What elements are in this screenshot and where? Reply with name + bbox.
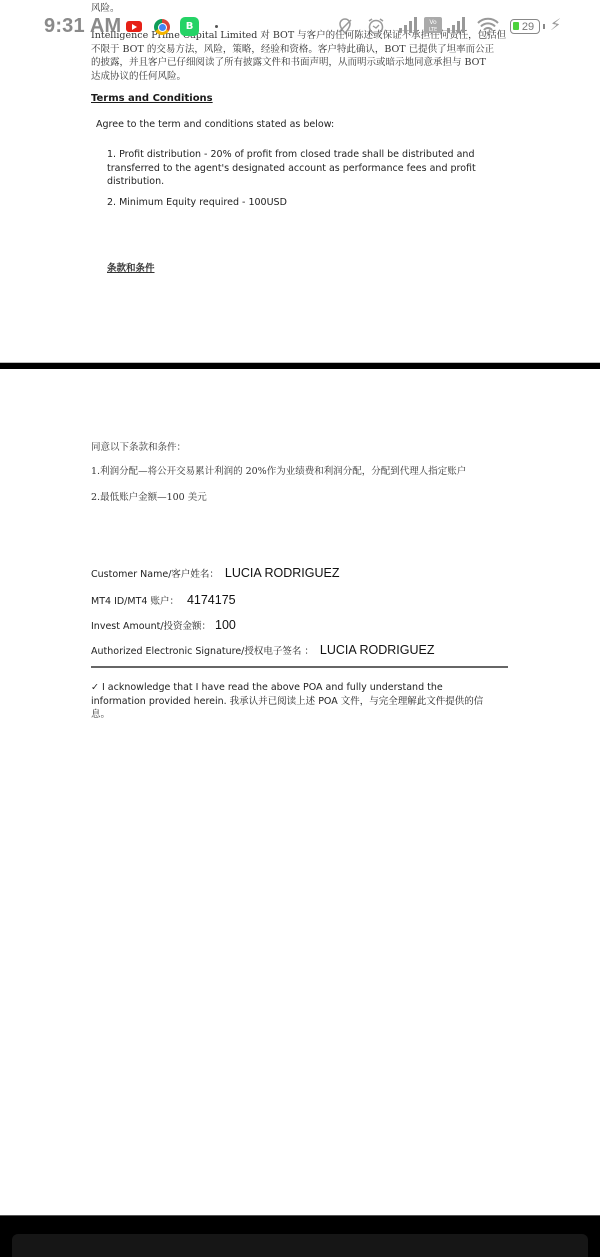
svg-text:LTE: LTE — [429, 27, 437, 33]
terms-item-2: 2. Minimum Equity required - 100USD — [107, 196, 287, 210]
signal-icon — [446, 17, 466, 33]
invest-amount-value: 100 — [215, 618, 236, 632]
terms-item-1: 1. Profit distribution - 20% of profit f… — [107, 148, 517, 189]
terms-item-line: transferred to the agent's designated ac… — [107, 162, 517, 176]
mt4-id-label: MT4 ID/MT4 账户： — [91, 593, 179, 607]
battery-tip — [543, 24, 545, 29]
battery-indicator: 29 — [510, 19, 540, 34]
mt4-id-value: 4174175 — [187, 593, 236, 607]
cn-item-2: 2.最低账户金额—100 美元 — [91, 491, 207, 505]
alarm-icon — [366, 16, 386, 36]
customer-name-label: Customer Name/客户姓名： — [91, 566, 219, 580]
whatsapp-business-icon: B — [180, 17, 199, 36]
invest-amount-field: Invest Amount/投资金额： 100 — [91, 618, 236, 632]
cn-item-1: 1.利润分配—将公开交易累计利润的 20%作为业绩费和利润分配，分配到代理人指定… — [91, 465, 466, 479]
cn-agree-line: 同意以下条款和条件： — [91, 441, 186, 455]
chrome-icon — [154, 19, 170, 35]
customer-name-field: Customer Name/客户姓名： LUCIA RODRIGUEZ — [91, 566, 340, 580]
terms-heading: Terms and Conditions — [91, 93, 213, 104]
intro-line: 不限于 BOT 的交易方法，风险，策略，经验和资格。客户特此确认，BOT 已提供… — [91, 43, 511, 57]
top-fragment: 风险。 — [91, 2, 120, 16]
customer-name-value: LUCIA RODRIGUEZ — [225, 566, 340, 580]
invest-amount-label: Invest Amount/投资金额： — [91, 618, 211, 632]
bottom-panel[interactable] — [12, 1234, 588, 1257]
terms-item-line: distribution. — [107, 175, 517, 189]
cn-terms-heading: 条款和条件 — [107, 262, 155, 276]
intro-line: 的披露，并且客户已仔细阅读了所有披露文件和书面声明，从而明示或暗示地同意承担与 … — [91, 56, 511, 70]
location-off-icon — [336, 17, 354, 35]
signal-icon — [398, 17, 418, 33]
acknowledgement-line: ✓ I acknowledge that I have read the abo… — [91, 681, 516, 695]
terms-item-line: 1. Profit distribution - 20% of profit f… — [107, 148, 517, 162]
signature-label: Authorized Electronic Signature/授权电子签名 ： — [91, 643, 314, 657]
status-time: 9:31 AM — [44, 15, 121, 38]
signature-value: LUCIA RODRIGUEZ — [320, 643, 435, 657]
battery-level: 29 — [522, 21, 534, 33]
svg-text:Vo: Vo — [429, 19, 437, 26]
intro-paragraph: Intelligence Prime Capital Limited 对 BOT… — [91, 29, 511, 83]
youtube-icon — [126, 21, 142, 32]
acknowledgement: ✓ I acknowledge that I have read the abo… — [91, 681, 516, 722]
more-dot-icon — [215, 25, 218, 28]
volte-icon: Vo LTE — [424, 17, 442, 33]
acknowledgement-line: information provided herein. 我承认并已阅读上述 P… — [91, 695, 516, 709]
signature-rule — [91, 666, 508, 668]
signature-field: Authorized Electronic Signature/授权电子签名 ：… — [91, 643, 435, 657]
charging-bolt-icon: ⚡ — [550, 15, 561, 34]
battery-fill — [513, 22, 519, 30]
agree-line: Agree to the term and conditions stated … — [96, 118, 334, 132]
wifi-icon — [476, 17, 500, 35]
page-divider — [0, 362, 600, 369]
mt4-id-field: MT4 ID/MT4 账户： 4174175 — [91, 593, 236, 607]
acknowledgement-line: 息。 — [91, 708, 516, 722]
intro-line: 达成协议的任何风险。 — [91, 70, 511, 84]
